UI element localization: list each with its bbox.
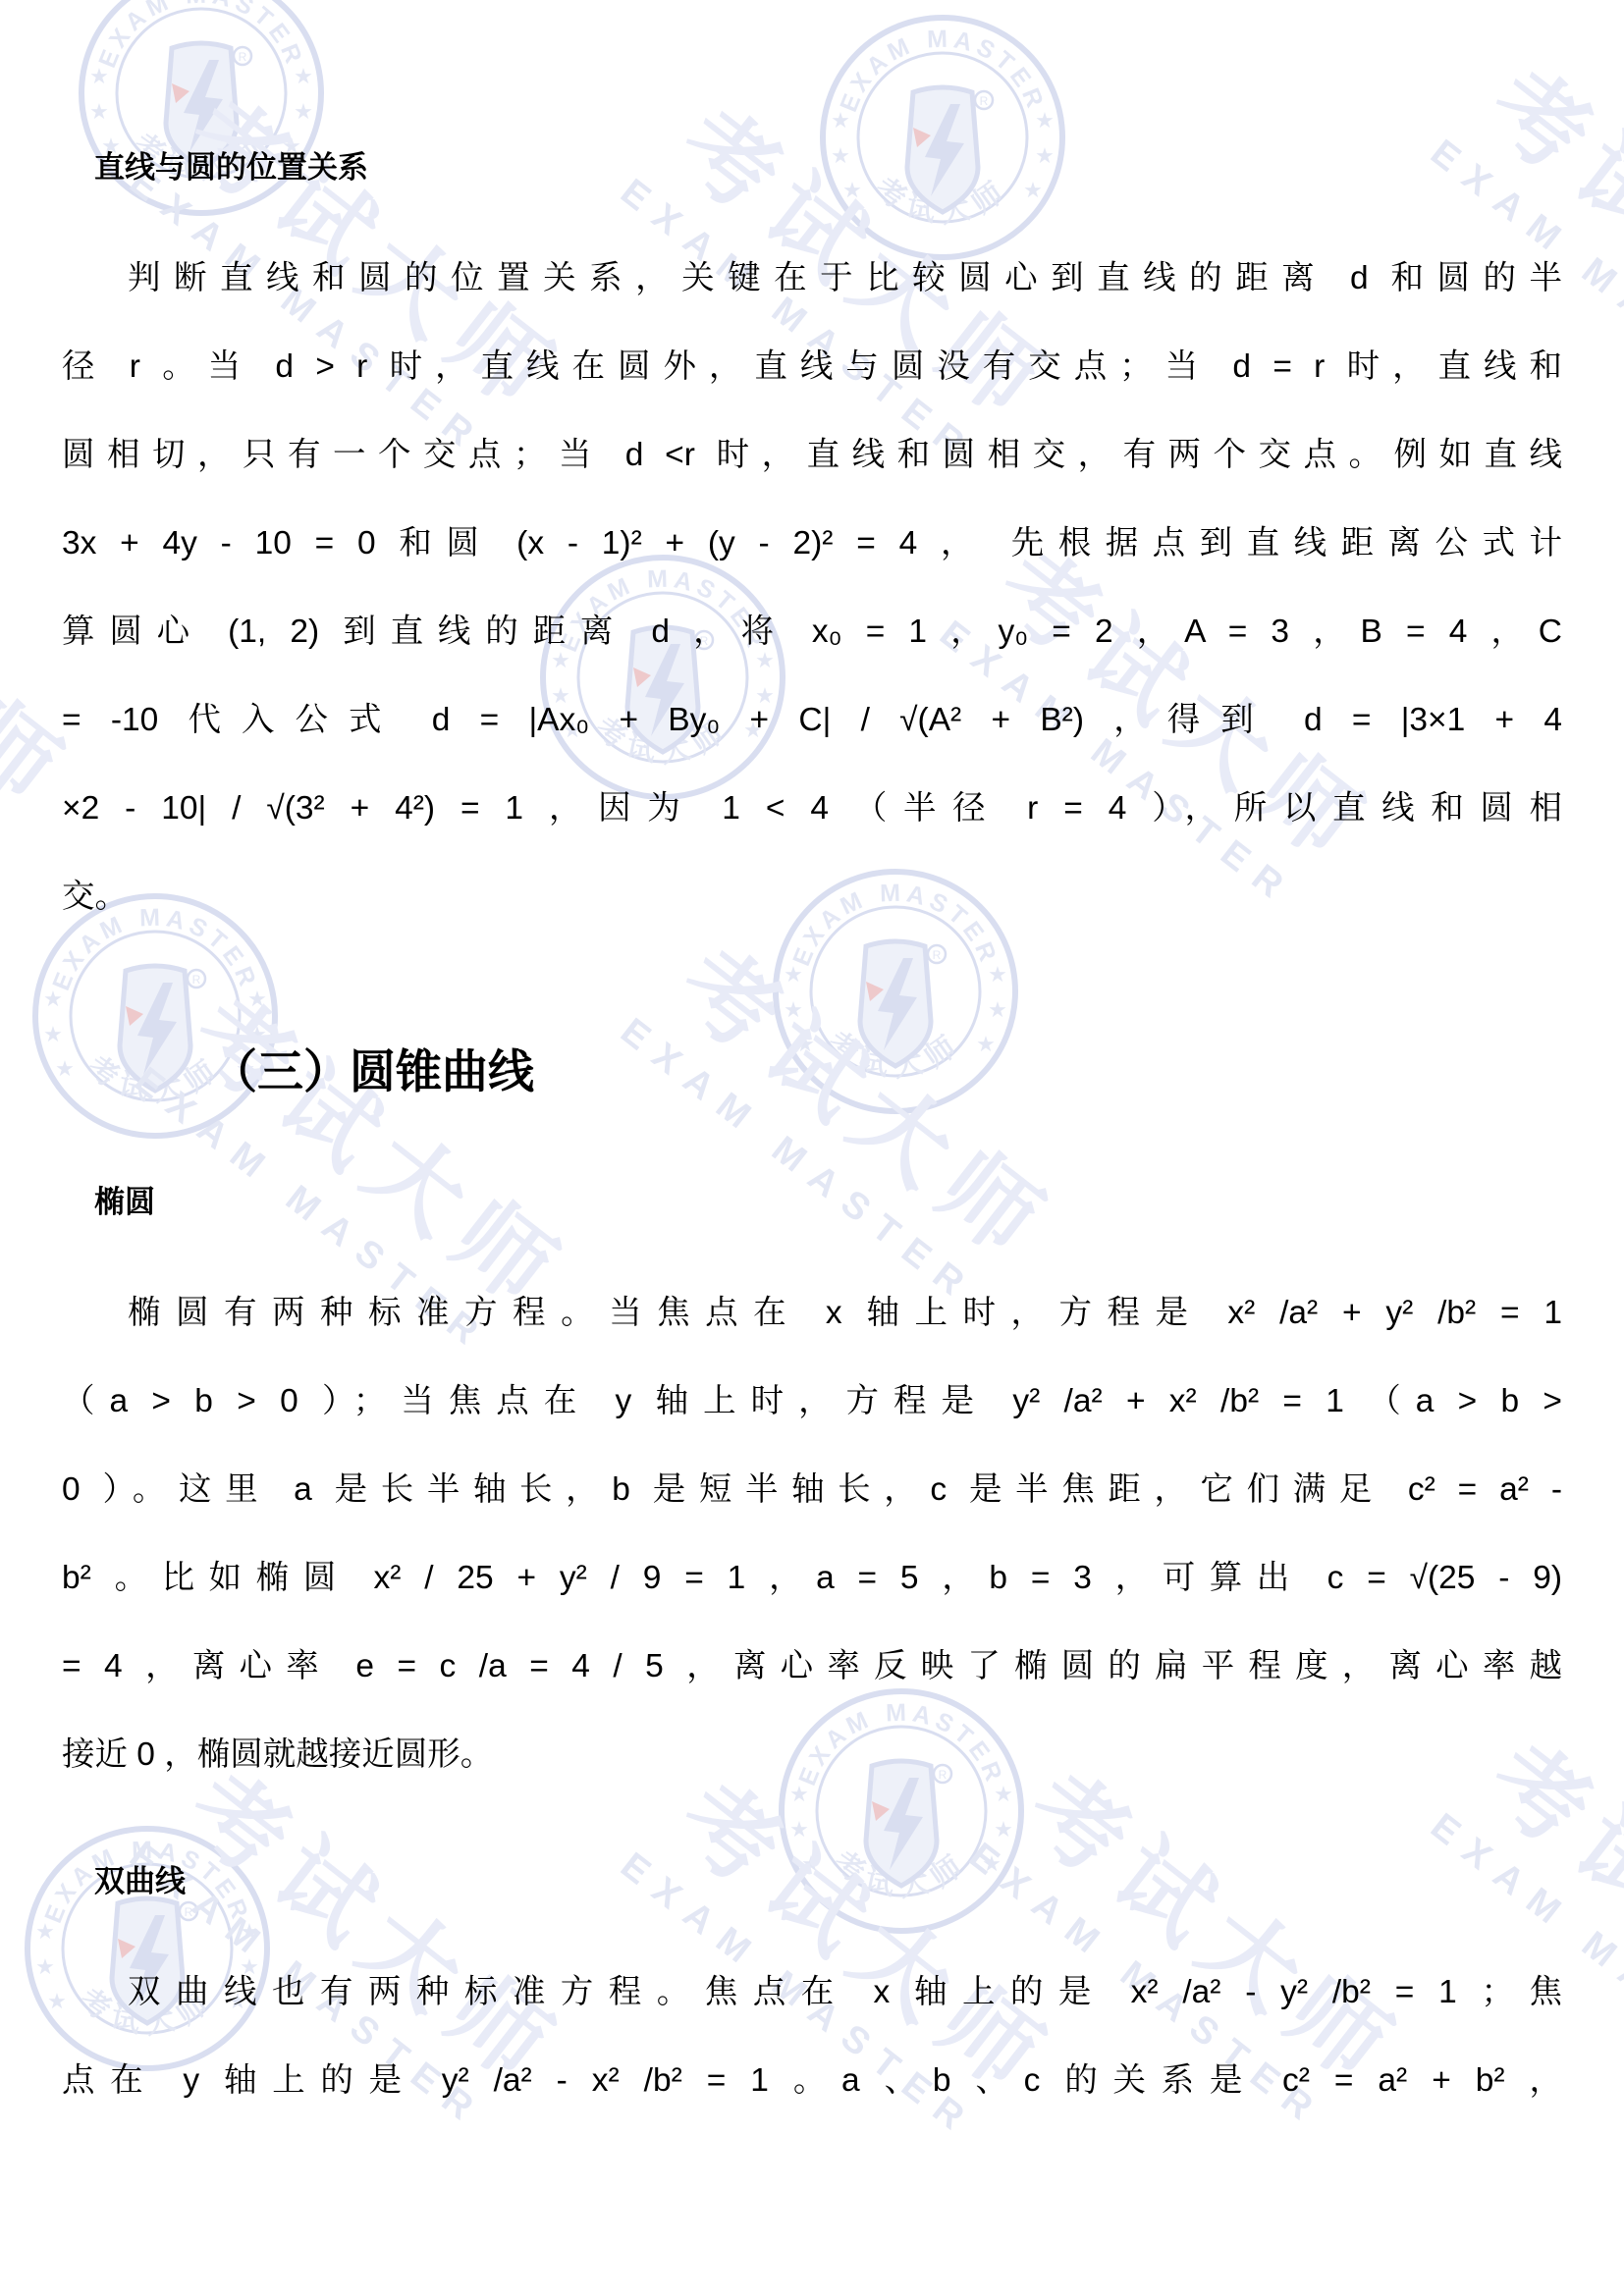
text-line: b² 。比如椭圆 x² / 25 + y² / 9 = 1 ，a = 5 ，b …	[62, 1534, 1562, 1623]
text-line: 点在 y 轴上的是 y² /a² - x² /b² = 1 。a 、b 、c 的…	[62, 2037, 1562, 2125]
svg-text:★: ★	[43, 1022, 63, 1046]
svg-text:★: ★	[89, 99, 109, 124]
document-content: 直线与圆的位置关系判断直线和圆的位置关系，关键在于比较圆心到直线的距离 d 和圆…	[62, 137, 1562, 2125]
text-line: 双曲线也有两种标准方程。焦点在 x 轴上的是 x² /a² - y² /b² =…	[62, 1949, 1562, 2037]
svg-text:R: R	[980, 94, 989, 108]
text-line: ×2 - 10| / √(3² + 4²) = 1 ，因为 1 < 4 （半径 …	[62, 765, 1562, 853]
text-line: 算圆心 (1, 2) 到直线的距离 d ，将 x₀ = 1 ，y₀ = 2 ，A…	[62, 588, 1562, 676]
sub-heading-ellipse: 椭圆	[94, 1184, 1562, 1220]
text-line: 交。	[62, 853, 1562, 941]
text-line: = 4 ，离心率 e = c /a = 4 / 5 ，离心率反映了椭圆的扁平程度…	[62, 1623, 1562, 1711]
svg-text:★: ★	[35, 1954, 55, 1979]
text-line: = -10 代入公式 d = |Ax₀ + By₀ + C| / √(A² + …	[62, 676, 1562, 765]
svg-text:★: ★	[1035, 108, 1055, 133]
paragraph: 椭圆有两种标准方程。当焦点在 x 轴上时，方程是 x² /a² + y² /b²…	[62, 1269, 1562, 1799]
sub-heading-hyperbola: 双曲线	[94, 1863, 1562, 1899]
sub-heading-line-circle: 直线与圆的位置关系	[94, 149, 1562, 186]
svg-text:★: ★	[294, 64, 313, 88]
text-line: 接近 0 ，椭圆就越接近圆形。	[62, 1711, 1562, 1799]
text-line: 判断直线和圆的位置关系，关键在于比较圆心到直线的距离 d 和圆的半	[62, 235, 1562, 323]
svg-text:★: ★	[294, 99, 313, 124]
text-line: 椭圆有两种标准方程。当焦点在 x 轴上时，方程是 x² /a² + y² /b²…	[62, 1269, 1562, 1358]
text-line: 3x + 4y - 10 = 0 和圆 (x - 1)² + (y - 2)² …	[62, 500, 1562, 588]
text-line: 径 r 。当 d > r 时，直线在圆外，直线与圆没有交点；当 d = r 时，…	[62, 323, 1562, 411]
svg-text:★: ★	[35, 1919, 55, 1944]
svg-text:★: ★	[831, 108, 850, 133]
section-heading-conic-curves: （三）圆锥曲线	[211, 1044, 1562, 1099]
document-page: EXAM MASTER ★★★★★★ 考试大师 R EXAM MASTER ★★…	[0, 0, 1624, 2296]
text-line: 0 ）。这里 a 是长半轴长，b 是短半轴长，c 是半焦距，它们满足 c² = …	[62, 1446, 1562, 1534]
svg-text:R: R	[239, 50, 247, 64]
paragraph: 判断直线和圆的位置关系，关键在于比较圆心到直线的距离 d 和圆的半径 r 。当 …	[62, 235, 1562, 941]
text-line: （a > b > 0 ）；当焦点在 y 轴上时，方程是 y² /a² + x² …	[62, 1358, 1562, 1446]
paragraph: 双曲线也有两种标准方程。焦点在 x 轴上的是 x² /a² - y² /b² =…	[62, 1949, 1562, 2125]
text-line: 圆相切，只有一个交点；当 d <r 时，直线和圆相交，有两个交点。例如直线	[62, 411, 1562, 500]
svg-text:★: ★	[89, 64, 109, 88]
svg-text:★: ★	[43, 987, 63, 1011]
